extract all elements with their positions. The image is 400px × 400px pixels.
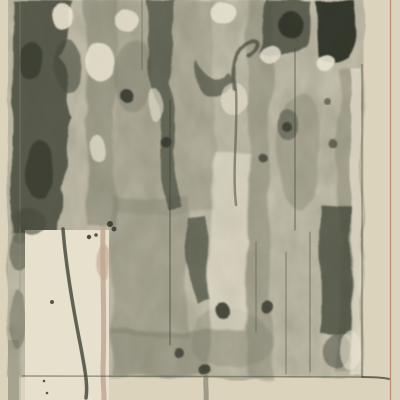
abstract-painting-image: [0, 0, 400, 400]
screenshot-root: [0, 0, 400, 400]
abstract-painting-figure: [0, 0, 400, 400]
bottom-stem-drip: [206, 377, 207, 400]
pink-drip-bulge: [97, 244, 111, 280]
box-corner-blob: [18, 210, 46, 234]
